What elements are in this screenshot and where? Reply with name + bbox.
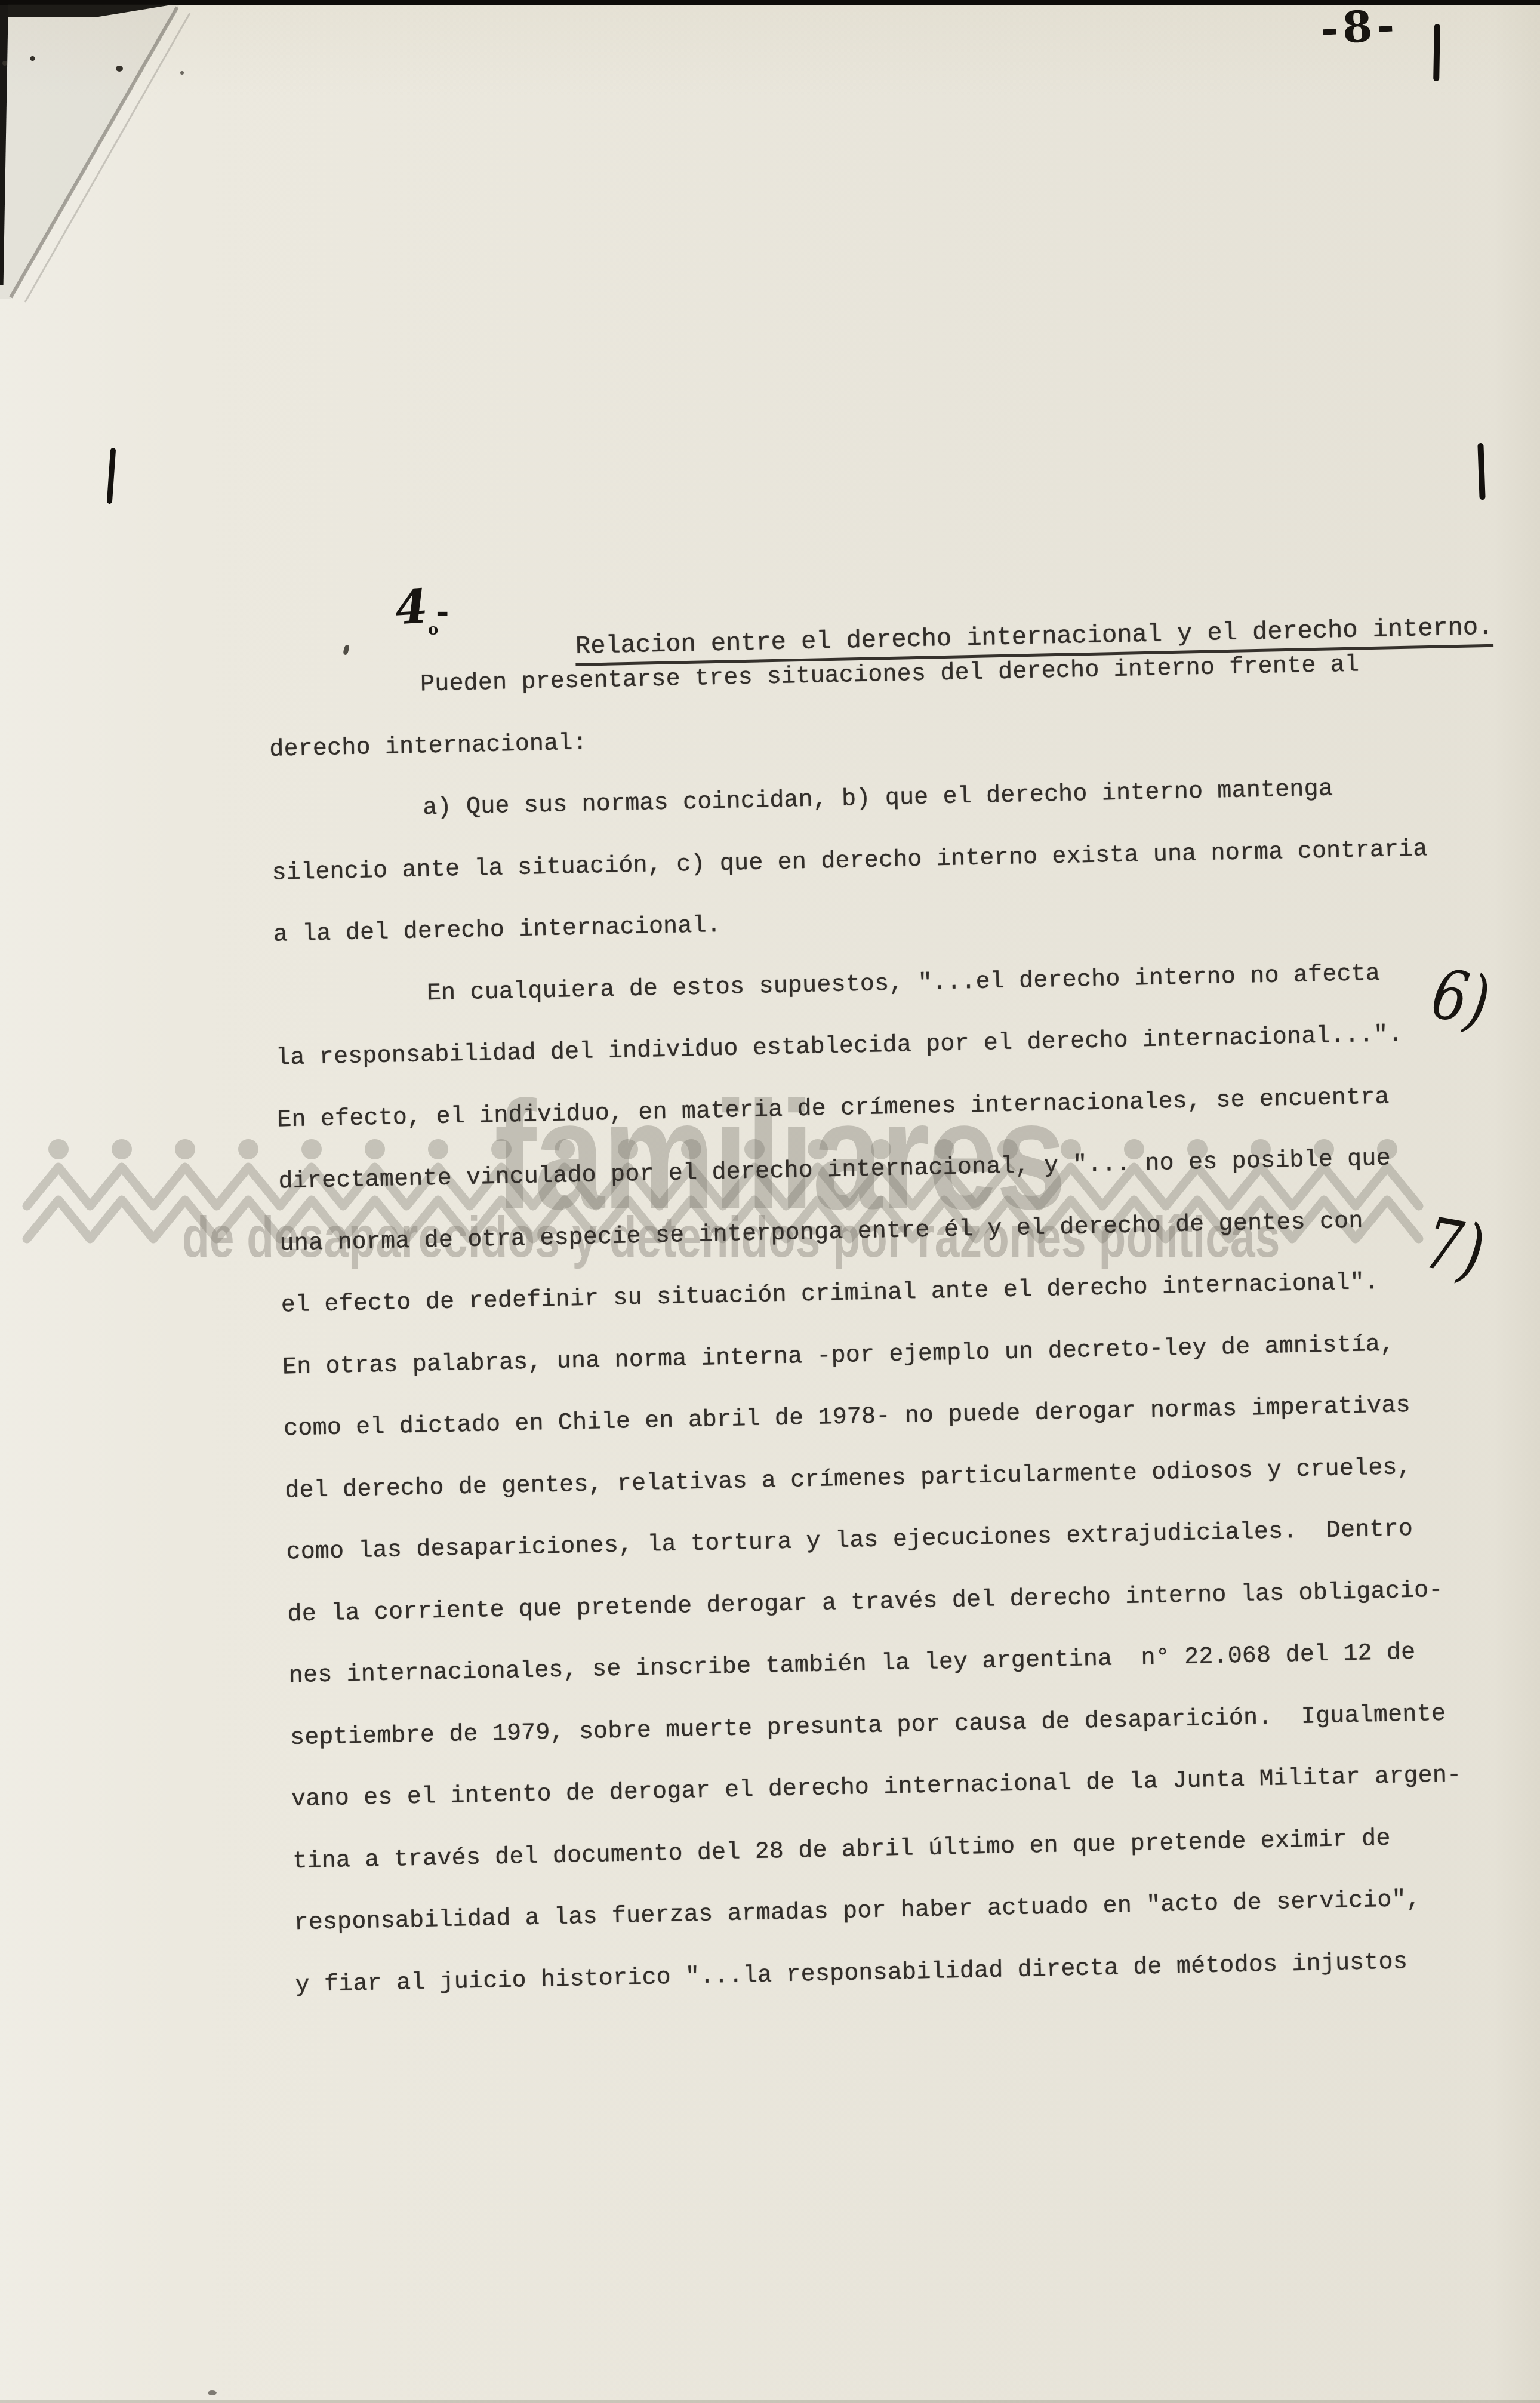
typed-line: de la corriente que pretende derogar a t…: [287, 1577, 1443, 1628]
handwritten-page-number: -8-: [1319, 0, 1400, 54]
pen-tick-mark: [107, 448, 116, 504]
typed-line: como el dictado en Chile en abril de 197…: [284, 1392, 1410, 1443]
typed-line: el efecto de redefinir su situación crim…: [281, 1269, 1379, 1319]
typed-line: directamente vinculado por el derecho in…: [278, 1146, 1391, 1196]
typed-line: septiembre de 1979, sobre muerte presunt…: [290, 1700, 1446, 1752]
typed-line: nes internacionales, se inscribe también…: [288, 1639, 1415, 1690]
typed-line: derecho internacional:: [269, 730, 587, 763]
handwritten-dash: -: [436, 592, 449, 630]
typed-line: vano es el intento de derogar el derecho…: [291, 1762, 1462, 1813]
ink-speck: [30, 56, 35, 61]
typed-line: a) Que sus normas coincidan, b) que el d…: [270, 776, 1333, 824]
typed-line: y fiar al juicio historico "...la respon…: [295, 1949, 1407, 1999]
typed-text-block: Relacion entre el derecho internacional …: [254, 0, 1485, 2089]
typed-line: responsabilidad a las fuerzas armadas po…: [294, 1887, 1421, 1937]
pen-tick-mark: [1477, 443, 1485, 500]
typed-line: a la del derecho internacional.: [273, 912, 721, 949]
ink-speck: [2, 61, 7, 66]
handwritten-section-number: 4: [393, 579, 429, 636]
ink-speck: [208, 2390, 217, 2395]
ink-speck: [180, 71, 184, 75]
typed-line: En cualquiera de estos supuestos, "...el…: [275, 960, 1381, 1010]
scanned-document-page: familiares de desaparecidos y detenidos …: [0, 0, 1540, 2403]
typed-line: como las desapariciones, la tortura y la…: [286, 1516, 1413, 1567]
typed-line: silencio ante la situación, c) que en de…: [272, 836, 1428, 887]
typed-line: En efecto, el individuo, en materia de c…: [277, 1084, 1390, 1134]
typed-line: una norma de otra especie se interponga …: [279, 1208, 1363, 1257]
corner-fold-crease: [0, 0, 251, 334]
ink-speck: [116, 66, 123, 72]
typed-line: del derecho de gentes, relativas a críme…: [285, 1454, 1412, 1504]
pen-tick-mark: [1433, 24, 1440, 81]
scan-bottom-edge: [0, 2400, 1540, 2403]
typed-line: tina a través del documento del 28 de ab…: [292, 1825, 1391, 1875]
typed-line: la responsabilidad del individuo estable…: [276, 1021, 1403, 1072]
typed-line: En otras palabras, una norma interna -po…: [282, 1331, 1395, 1381]
